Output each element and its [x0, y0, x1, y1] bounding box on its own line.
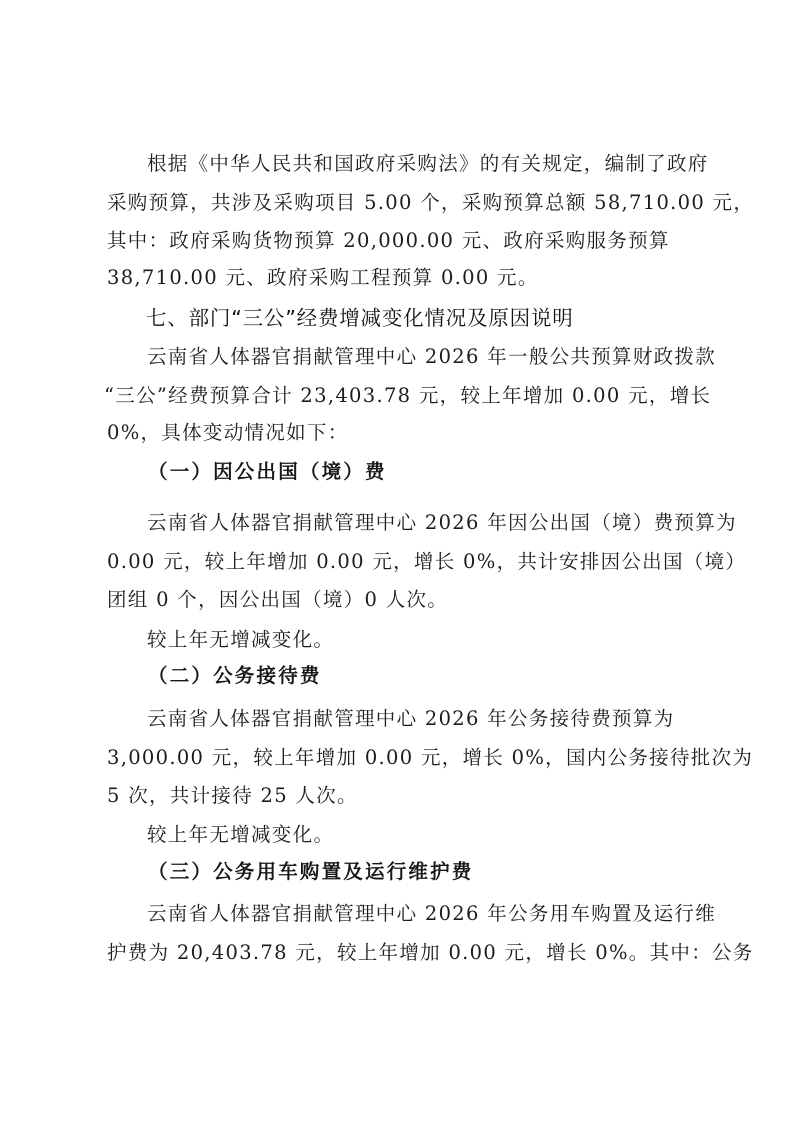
- overseas-travel-line-3: 团组 0 个，因公出国（境）0 人次。: [107, 585, 707, 615]
- subheading-official-vehicles: （三）公务用车购置及运行维护费: [148, 857, 748, 887]
- subheading-overseas-travel: （一）因公出国（境）费: [148, 457, 748, 487]
- procurement-paragraph-line-4: 38,710.00 元、政府采购工程预算 0.00 元。: [107, 263, 707, 293]
- official-reception-line-3: 5 次，共计接待 25 人次。: [107, 781, 707, 811]
- overseas-travel-line-2: 0.00 元，较上年增加 0.00 元，增长 0%，共计安排因公出国（境）: [107, 547, 707, 577]
- official-reception-no-change: 较上年无增减变化。: [147, 820, 747, 850]
- overseas-travel-no-change: 较上年无增减变化。: [147, 625, 747, 655]
- subheading-official-reception: （二）公务接待费: [148, 661, 748, 691]
- section-heading-three-public-expenses: 七、部门“三公”经费增减变化情况及原因说明: [146, 303, 746, 333]
- procurement-paragraph-line-3: 其中：政府采购货物预算 20,000.00 元、政府采购服务预算: [107, 226, 707, 256]
- document-page: 根据《中华人民共和国政府采购法》的有关规定，编制了政府 采购预算，共涉及采购项目…: [0, 0, 793, 1122]
- three-public-summary-line-2: “三公”经费预算合计 23,403.78 元，较上年增加 0.00 元，增长: [104, 381, 704, 411]
- official-reception-line-2: 3,000.00 元，较上年增加 0.00 元，增长 0%，国内公务接待批次为: [107, 743, 707, 773]
- official-vehicles-line-2: 护费为 20,403.78 元，较上年增加 0.00 元，增长 0%。其中：公务: [107, 938, 707, 968]
- official-vehicles-line-1: 云南省人体器官捐献管理中心 2026 年公务用车购置及运行维: [147, 899, 747, 929]
- procurement-paragraph-line-1: 根据《中华人民共和国政府采购法》的有关规定，编制了政府: [147, 149, 747, 179]
- three-public-summary-line-1: 云南省人体器官捐献管理中心 2026 年一般公共预算财政拨款: [147, 342, 747, 372]
- three-public-summary-line-3: 0%，具体变动情况如下：: [107, 418, 707, 448]
- overseas-travel-line-1: 云南省人体器官捐献管理中心 2026 年因公出国（境）费预算为: [147, 508, 747, 538]
- procurement-paragraph-line-2: 采购预算，共涉及采购项目 5.00 个，采购预算总额 58,710.00 元，: [107, 188, 707, 218]
- official-reception-line-1: 云南省人体器官捐献管理中心 2026 年公务接待费预算为: [147, 704, 747, 734]
